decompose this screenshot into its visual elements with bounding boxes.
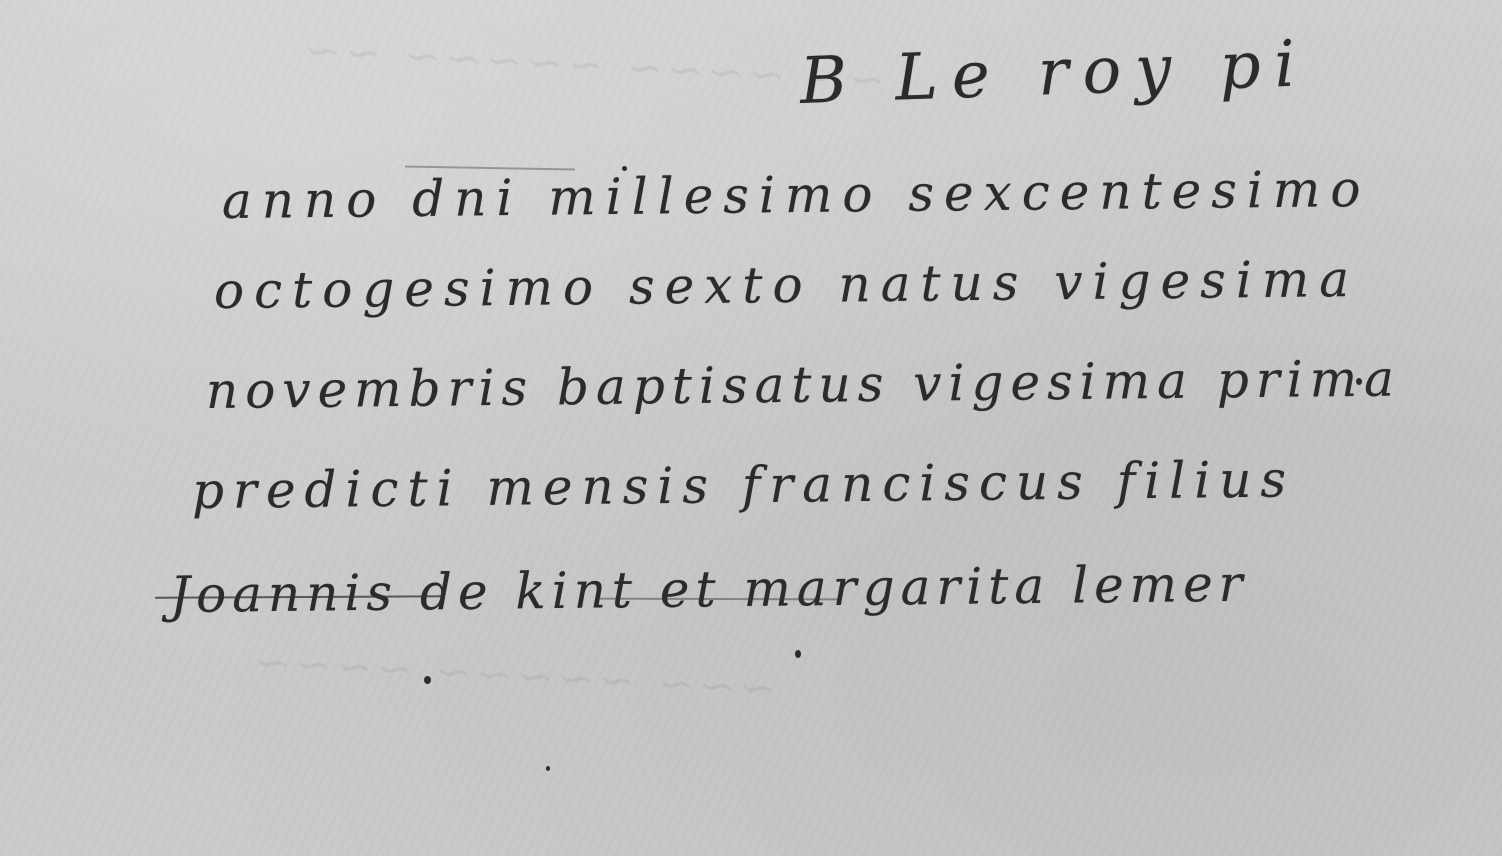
- record-line-3: novembris baptisatus vigesima prima: [206, 353, 1401, 416]
- ink-speck: [546, 766, 550, 771]
- document-page: ~~ ~~~~ ~~~~~ ~~ ~~~ ~~~~~ ~~~~ B Le roy…: [0, 0, 1502, 856]
- ink-speck: [795, 650, 801, 658]
- record-line-1: anno dni millesimo sexcentesimo: [222, 164, 1371, 226]
- record-line-2: octogesimo sexto natus vigesima: [214, 254, 1360, 316]
- bleed-through-text: ~~ ~~~~ ~~~~~ ~~: [299, 25, 886, 107]
- record-line-4: predicti mensis franciscus filius: [192, 454, 1296, 516]
- ink-speck: [424, 676, 431, 684]
- bleed-through-text: ~~~ ~~~~~ ~~~~: [249, 636, 777, 714]
- margin-annotation: B Le roy pi: [799, 32, 1310, 114]
- record-line-5: Joannis de kint et margarita lemer: [170, 559, 1249, 620]
